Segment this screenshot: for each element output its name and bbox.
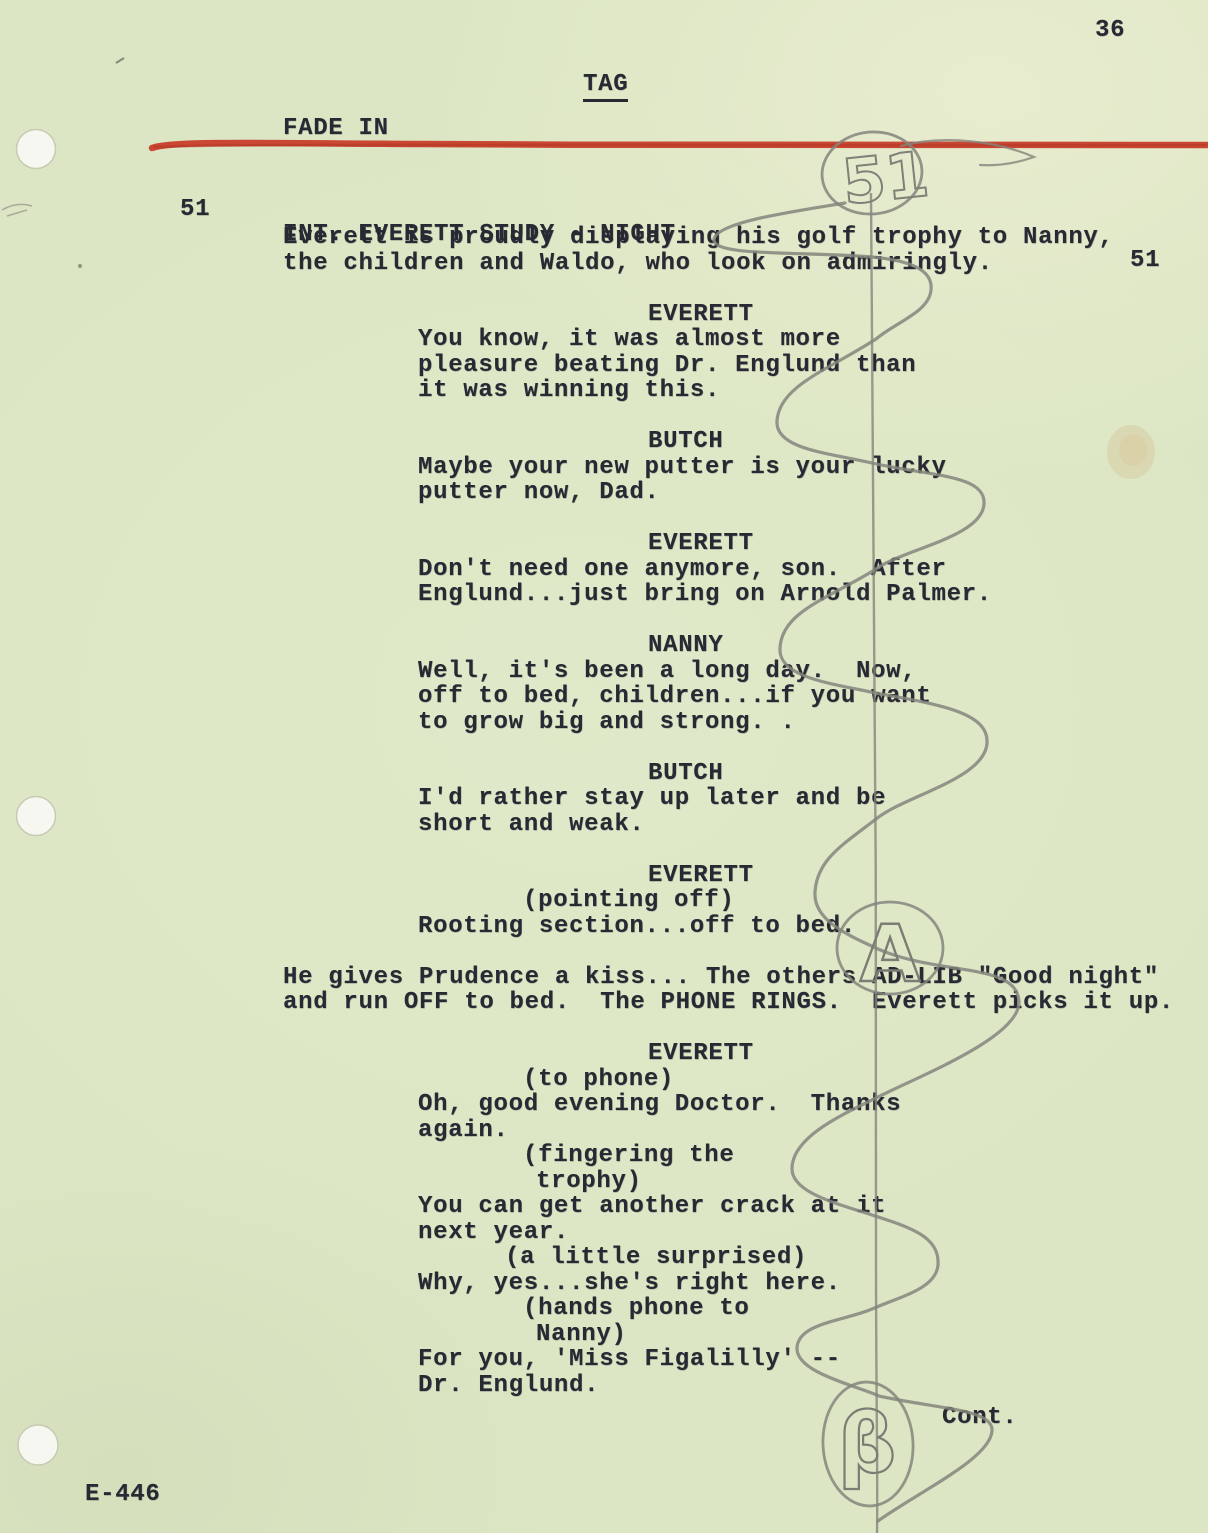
parenthetical-line: (to phone) <box>523 1067 1193 1093</box>
dialog-line: pleasure beating Dr. Englund than <box>418 353 1193 379</box>
script-lines: Everett is proudly displaying his golf t… <box>283 225 1193 1398</box>
dialog-line: putter now, Dad. <box>418 480 1193 506</box>
character-name: EVERETT <box>648 863 1193 889</box>
dialog-line: Dr. Englund. <box>418 1373 1193 1399</box>
dialog-line: I'd rather stay up later and be <box>418 786 1193 812</box>
dialog-line: off to bed, children...if you want <box>418 684 1193 710</box>
red-marker-line-core <box>154 145 1206 147</box>
parenthetical-line: Nanny) <box>536 1322 1193 1348</box>
page-number: 36 <box>1095 18 1125 44</box>
dialog-line: You can get another crack at it <box>418 1194 1193 1220</box>
parenthetical-line: trophy) <box>536 1169 1193 1195</box>
blank-line <box>283 837 1193 863</box>
dialog-line: to grow big and strong. . <box>418 710 1193 736</box>
parenthetical-line: (fingering the <box>523 1143 1193 1169</box>
blank-line <box>283 608 1193 634</box>
punch-hole-top <box>17 130 56 169</box>
character-name: EVERETT <box>648 531 1193 557</box>
action-line: Everett is proudly displaying his golf t… <box>283 225 1193 251</box>
blank-line <box>283 404 1193 430</box>
punch-hole-bottom <box>18 1425 58 1465</box>
dialog-line: You know, it was almost more <box>418 327 1193 353</box>
pencil-circled-b: β <box>838 1397 897 1492</box>
character-name: BUTCH <box>648 429 1193 455</box>
blank-line <box>283 506 1193 532</box>
dialog-line: short and weak. <box>418 812 1193 838</box>
blank-line <box>283 276 1193 302</box>
dialog-line: Oh, good evening Doctor. Thanks <box>418 1092 1193 1118</box>
parenthetical-line: (hands phone to <box>523 1296 1193 1322</box>
blank-line <box>283 1016 1193 1042</box>
character-name: EVERETT <box>648 1041 1193 1067</box>
scene-number-left: 51 <box>180 197 210 223</box>
fade-in-text: FADE IN <box>283 115 389 144</box>
continued-label: Cont. <box>942 1405 1018 1431</box>
action-line: He gives Prudence a kiss... The others A… <box>283 965 1193 991</box>
dialog-line: Rooting section...off to bed. <box>418 914 1193 940</box>
dialog-line: Englund...just bring on Arnold Palmer. <box>418 582 1193 608</box>
pencil-top-arc <box>901 140 1034 165</box>
blank-line <box>283 939 1193 965</box>
action-line: and run OFF to bed. The PHONE RINGS. Eve… <box>283 990 1193 1016</box>
character-name: BUTCH <box>648 761 1193 787</box>
punch-holes <box>17 130 59 1466</box>
punch-hole-middle <box>17 797 56 836</box>
blank-line <box>283 735 1193 761</box>
dialog-line: it was winning this. <box>418 378 1193 404</box>
dialog-line: Don't need one anymore, son. After <box>418 557 1193 583</box>
dialog-line: Well, it's been a long day. Now, <box>418 659 1193 685</box>
production-code: E-446 <box>85 1482 161 1508</box>
character-name: EVERETT <box>648 302 1193 328</box>
dialog-line: Why, yes...she's right here. <box>418 1271 1193 1297</box>
pencil-speck <box>78 264 82 268</box>
scene-heading-row: 51 INT. EVERETT STUDY - NIGHT 51 <box>0 171 1208 197</box>
action-line: the children and Waldo, who look on admi… <box>283 251 1193 277</box>
dialog-line: Maybe your new putter is your lucky <box>418 455 1193 481</box>
character-name: NANNY <box>648 633 1193 659</box>
dialog-line: For you, 'Miss Figalilly' -- <box>418 1347 1193 1373</box>
act-title: TAG <box>583 72 628 98</box>
act-title-text: TAG <box>583 71 628 102</box>
fade-in-transition: FADE IN <box>283 116 389 142</box>
parenthetical-line: (a little surprised) <box>505 1245 1193 1271</box>
script-page-scan: { "page": { "number": "36", "act": "TAG"… <box>0 0 1208 1533</box>
dialog-line: next year. <box>418 1220 1193 1246</box>
dialog-line: again. <box>418 1118 1193 1144</box>
pencil-tick <box>116 58 124 63</box>
parenthetical-line: (pointing off) <box>523 888 1193 914</box>
pencil-circle-bottom <box>820 1380 916 1509</box>
